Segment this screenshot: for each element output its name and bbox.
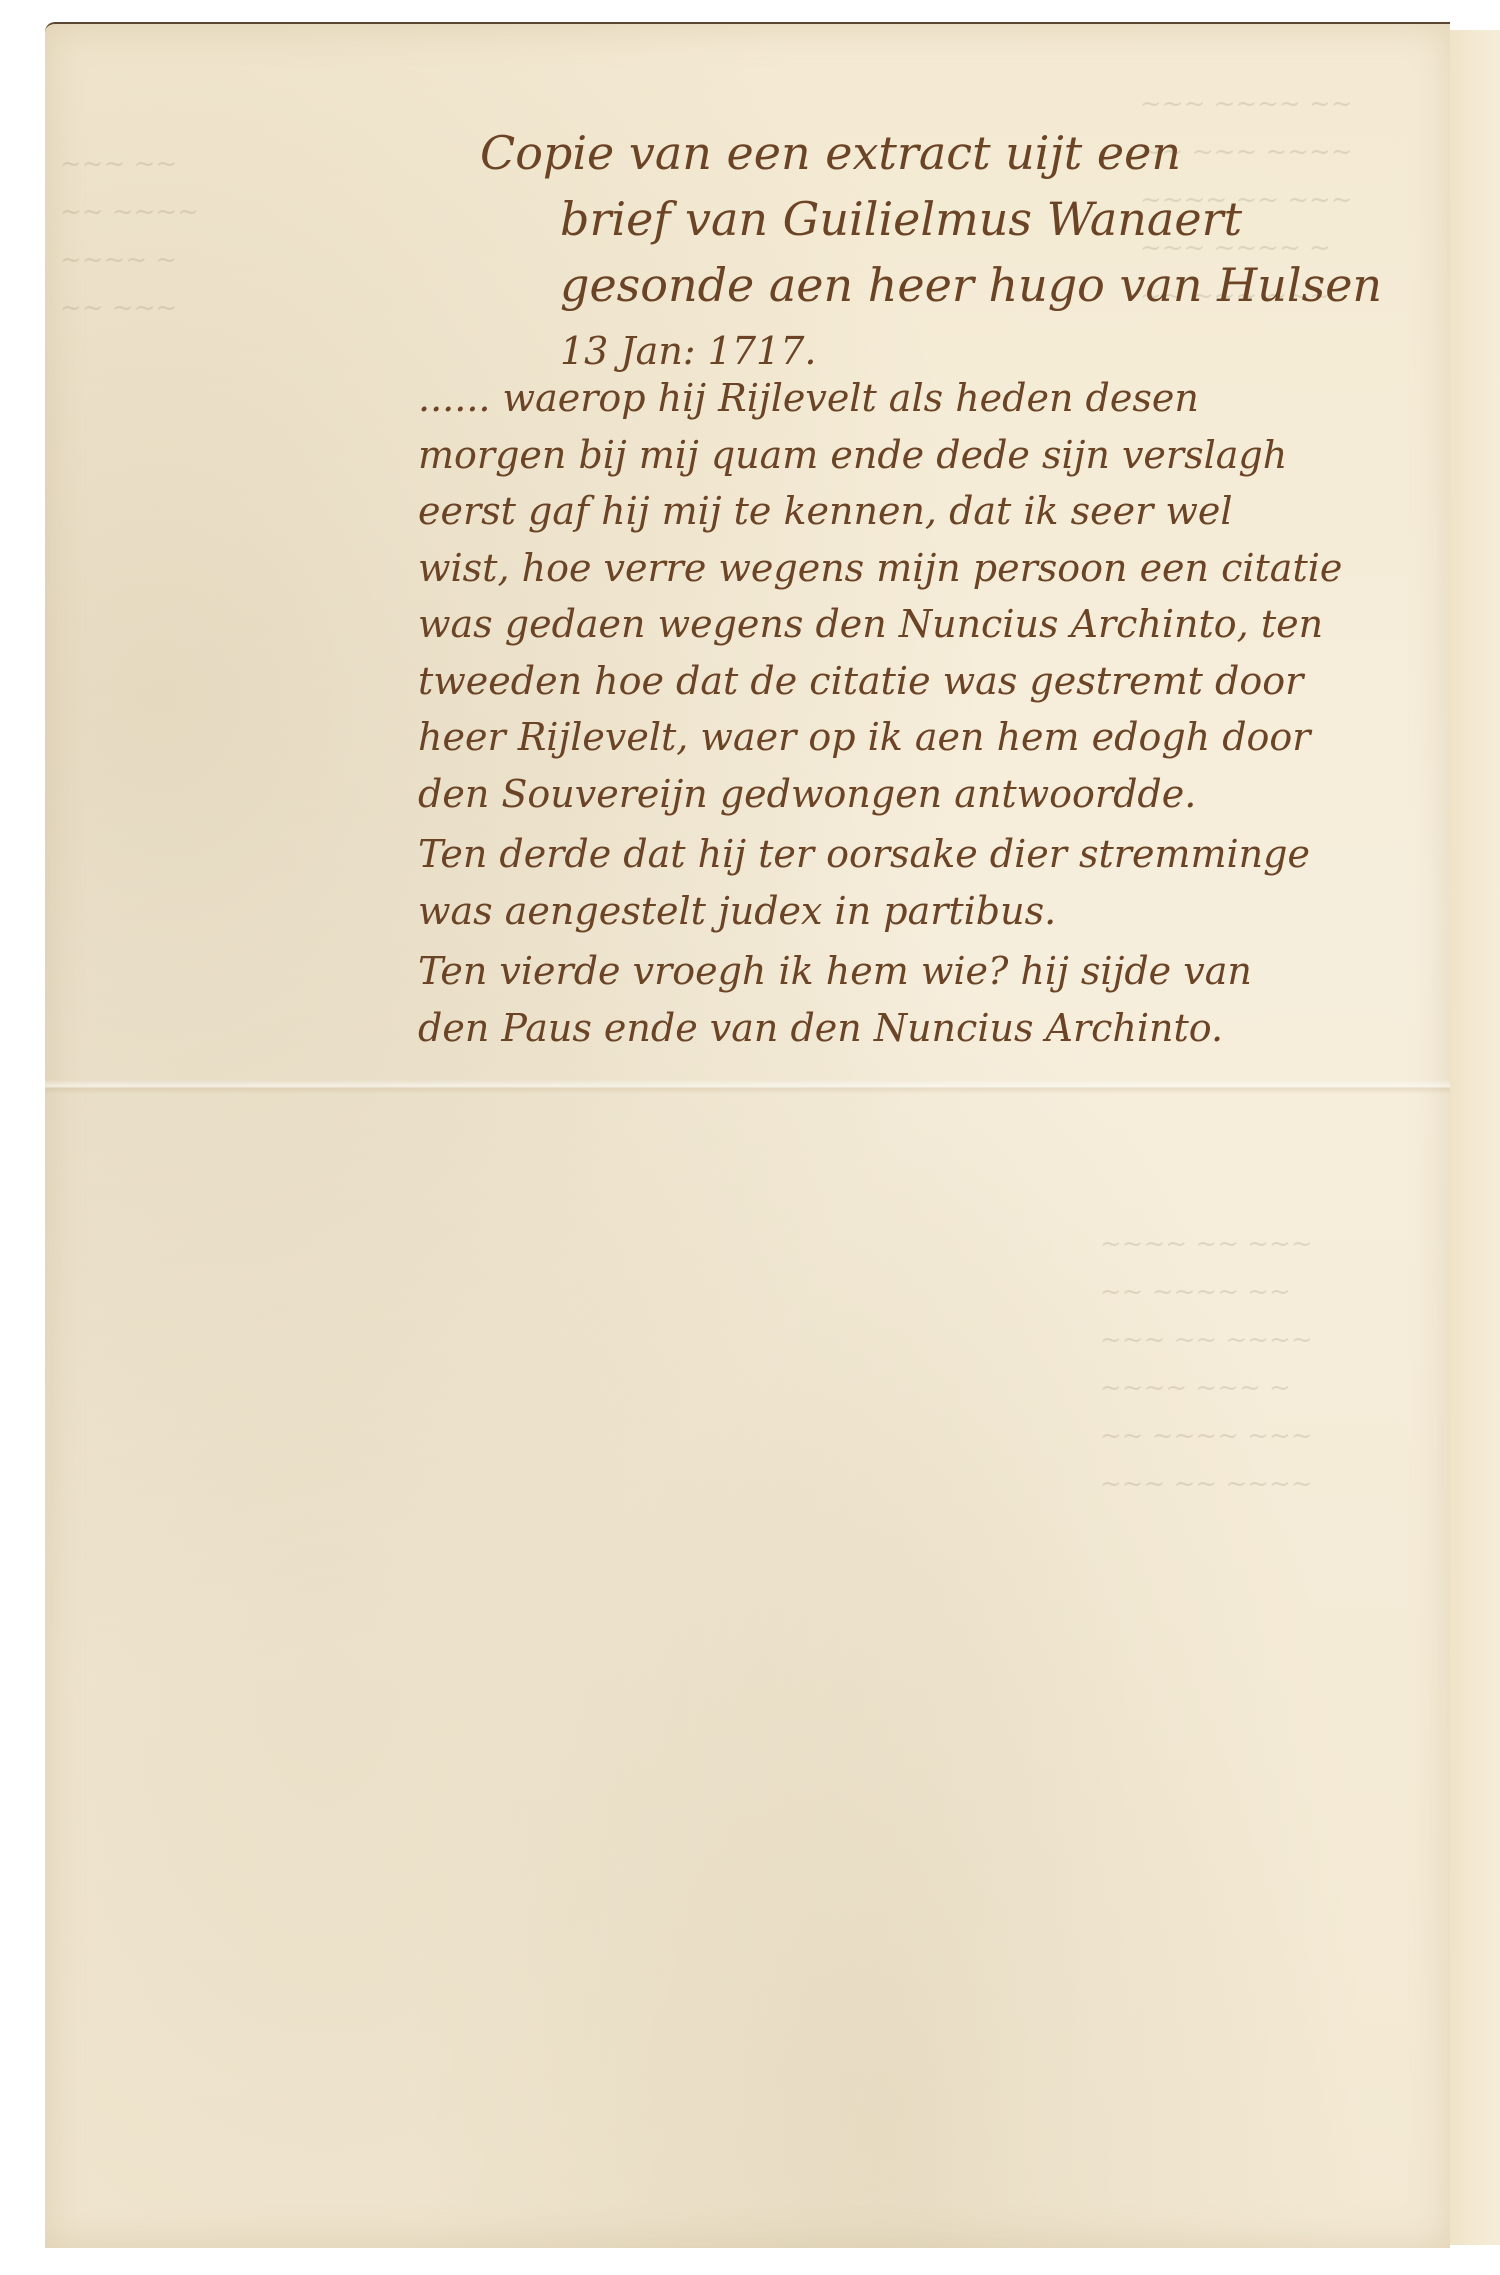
bleed-line: ~~ ~~~ bbox=[60, 284, 260, 332]
body-line: den Souvereijn gedwongen antwoordde. bbox=[418, 766, 1342, 823]
bleed-line: ~~~~ ~~~ ~ bbox=[1100, 1364, 1430, 1412]
adjacent-leaf-edge bbox=[1448, 30, 1500, 2245]
heading-line: gesonde aen heer hugo van Hulsen bbox=[480, 252, 1382, 318]
heading-line: Copie van een extract uijt een bbox=[480, 120, 1382, 186]
bleed-line: ~~~~ ~~ ~~~ bbox=[1100, 1220, 1430, 1268]
body-line: den Paus ende van den Nuncius Archinto. bbox=[418, 1000, 1342, 1057]
body-line: morgen bij mij quam ende dede sijn versl… bbox=[418, 427, 1342, 484]
bleed-line: ~~ ~~~~ bbox=[60, 188, 260, 236]
body-line: Ten derde dat hij ter oorsake dier strem… bbox=[418, 826, 1342, 883]
body-line: eerst gaf hij mij te kennen, dat ik seer… bbox=[418, 483, 1342, 540]
document-body: ...... waerop hij Rijlevelt als heden de… bbox=[418, 370, 1342, 1056]
heading-line: brief van Guilielmus Wanaert bbox=[480, 186, 1382, 252]
bleed-through-text-lower: ~~~~ ~~ ~~~ ~~ ~~~~ ~~ ~~~ ~~ ~~~~ ~~~~ … bbox=[1100, 1220, 1430, 1508]
body-line: tweeden hoe dat de citatie was gestremt … bbox=[418, 653, 1342, 710]
body-line: Ten vierde vroegh ik hem wie? hij sijde … bbox=[418, 943, 1342, 1000]
body-line: ...... waerop hij Rijlevelt als heden de… bbox=[418, 370, 1342, 427]
bleed-line: ~~~~ ~ bbox=[60, 236, 260, 284]
document-heading: Copie van een extract uijt een brief van… bbox=[480, 120, 1382, 384]
bleed-line: ~~ ~~~~ ~~~ bbox=[1100, 1412, 1430, 1460]
bleed-line: ~~~ ~~ bbox=[60, 140, 260, 188]
body-line: was aengestelt judex in partibus. bbox=[418, 883, 1342, 940]
bleed-line: ~~~ ~~ ~~~~ bbox=[1100, 1460, 1430, 1508]
body-line: was gedaen wegens den Nuncius Archinto, … bbox=[418, 596, 1342, 653]
paper-fold-crease bbox=[45, 1080, 1450, 1094]
body-line: heer Rijlevelt, waer op ik aen hem edogh… bbox=[418, 709, 1342, 766]
bleed-line: ~~ ~~~~ ~~ bbox=[1100, 1268, 1430, 1316]
bleed-through-text-left: ~~~ ~~ ~~ ~~~~ ~~~~ ~ ~~ ~~~ bbox=[60, 140, 260, 332]
bleed-line: ~~~ ~~ ~~~~ bbox=[1100, 1316, 1430, 1364]
body-line: wist, hoe verre wegens mijn persoon een … bbox=[418, 540, 1342, 597]
